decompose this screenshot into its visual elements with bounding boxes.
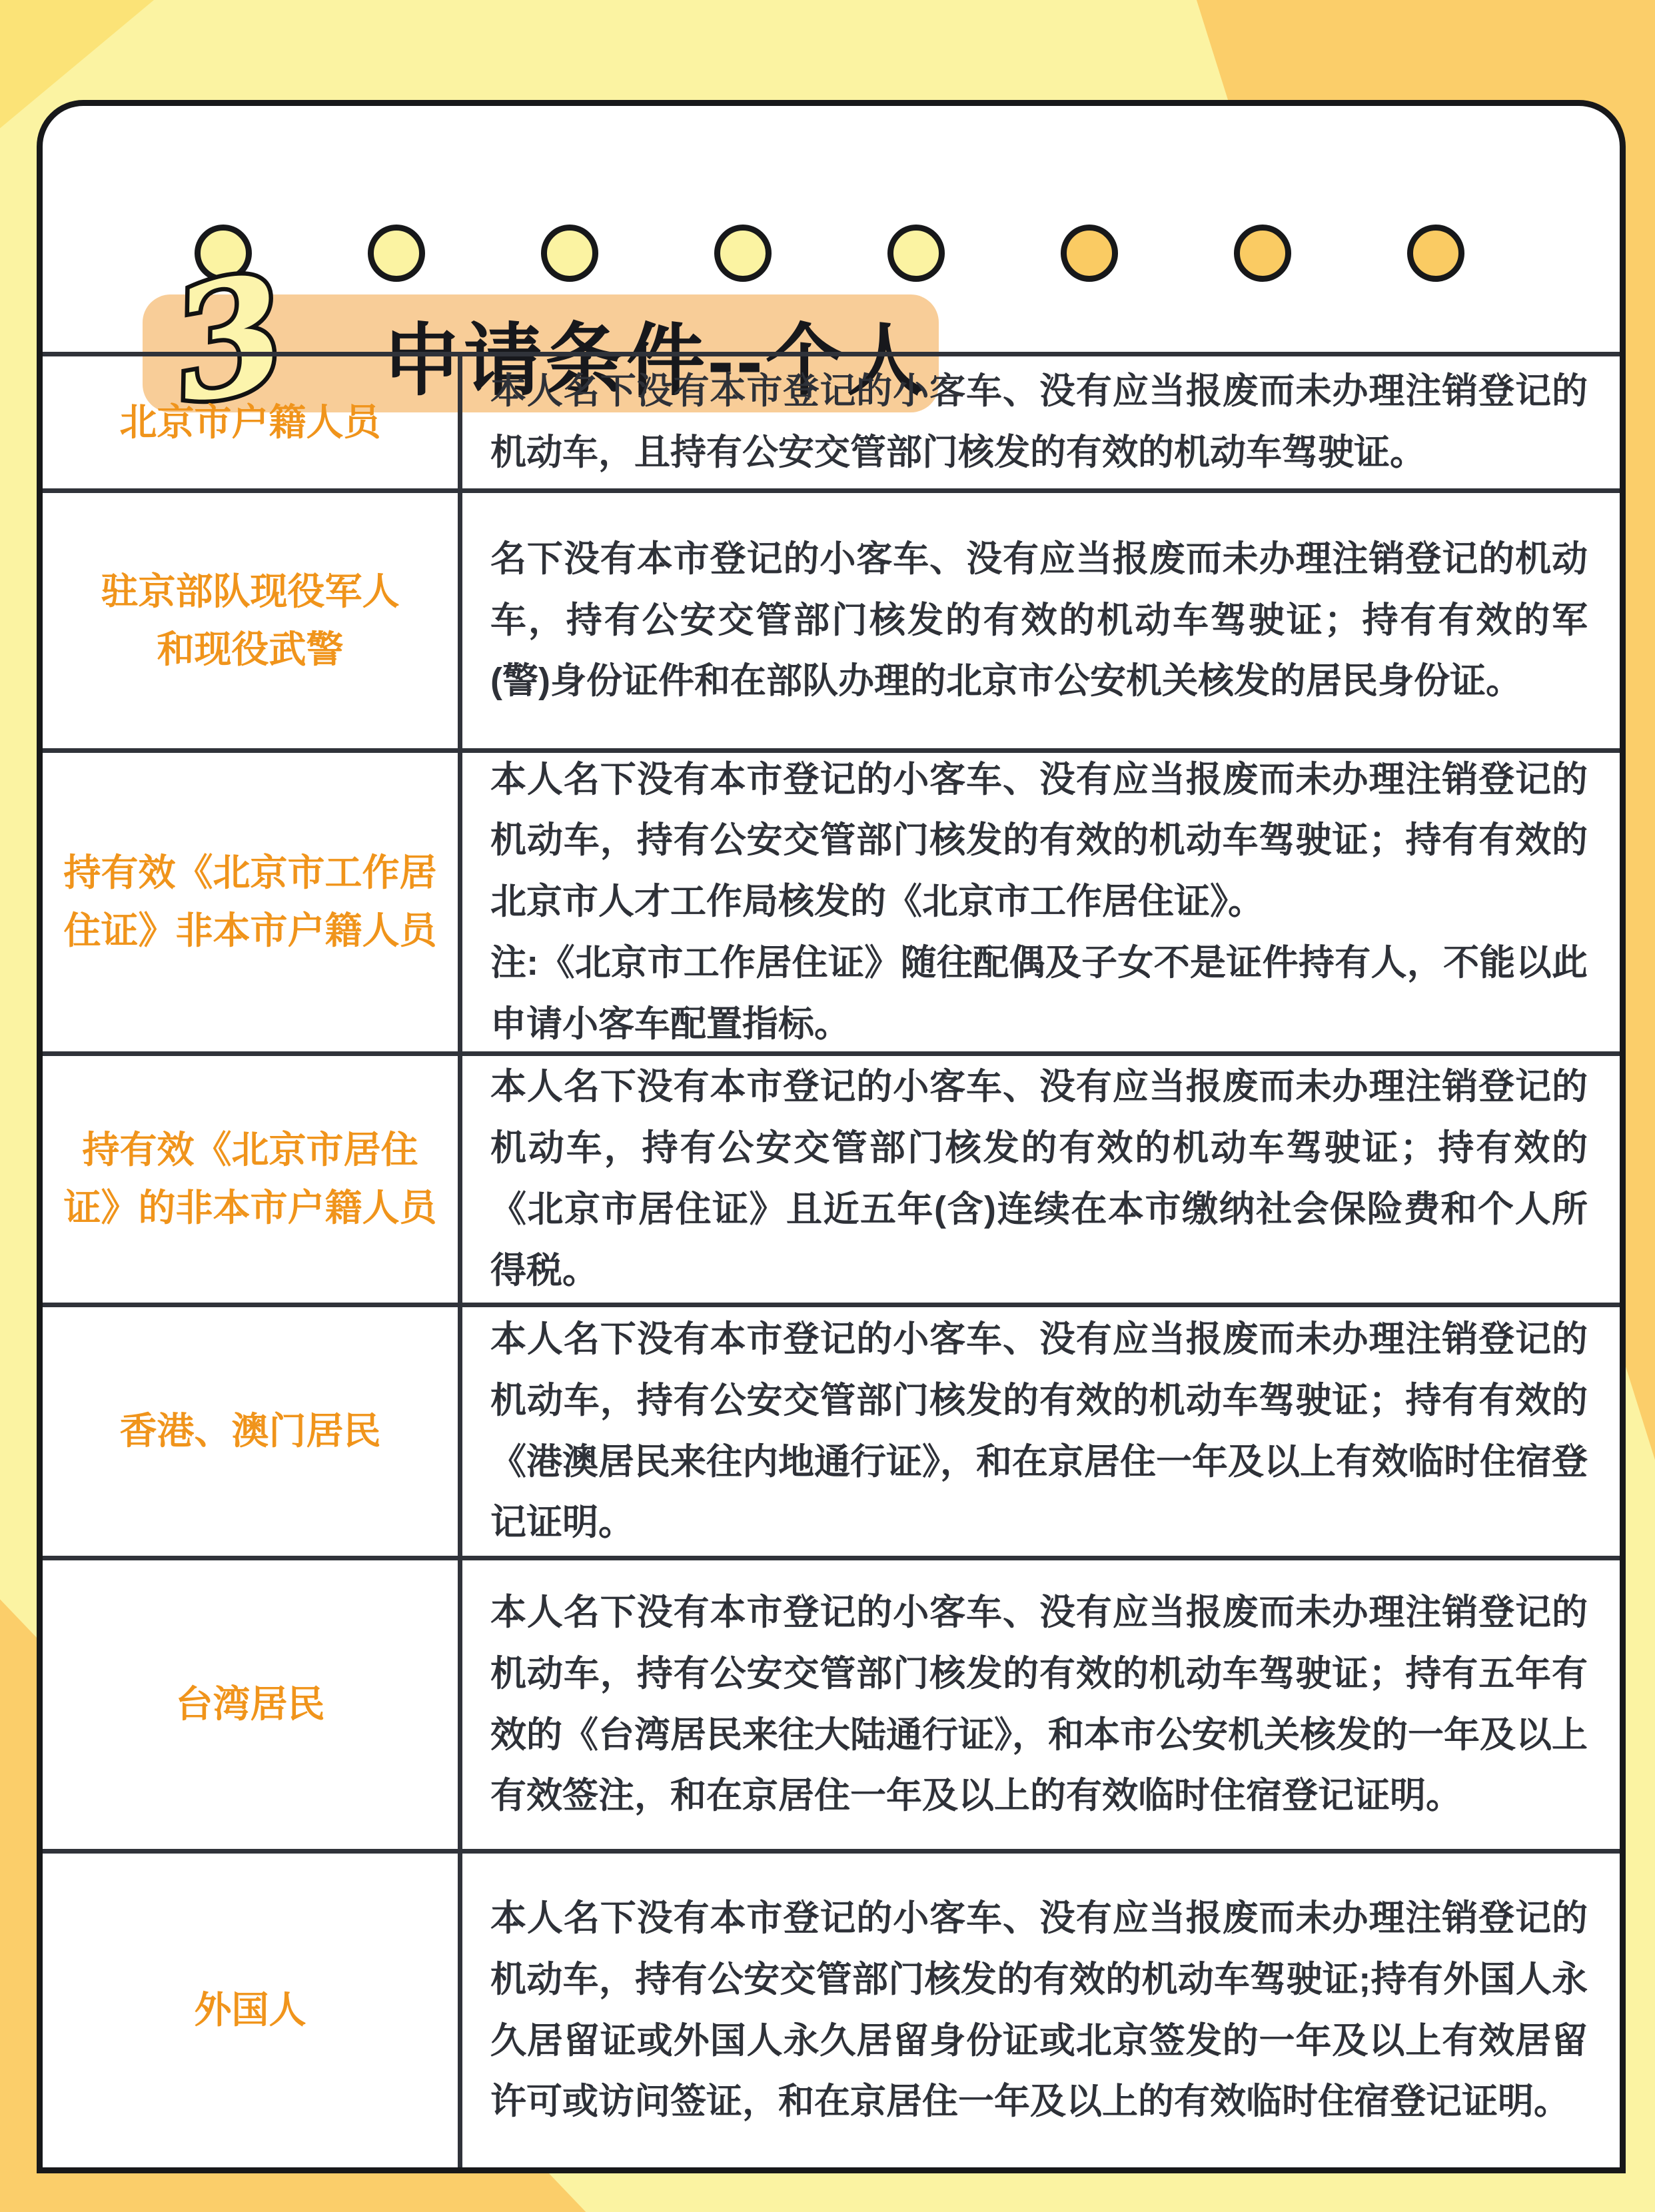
condition-text: 本人名下没有本市登记的小客车、没有应当报废而未办理注销登记的机动车，持有公安交管… (490, 1888, 1588, 2133)
condition-cell: 本人名下没有本市登记的小客车、没有应当报废而未办理注销登记的机动车，持有公安交管… (462, 1560, 1620, 1849)
condition-text: 本人名下没有本市登记的小客车、没有应当报废而未办理注销登记的机动车，持有公安交管… (490, 1057, 1588, 1301)
table-row: 香港、澳门居民 本人名下没有本市登记的小客车、没有应当报废而未办理注销登记的机动… (43, 1307, 1620, 1560)
applicant-type-label: 驻京部队现役军人 和现役武警 (43, 493, 462, 748)
binder-hole-icon (1234, 225, 1291, 282)
applicant-type-label: 持有效《北京市工作居 住证》非本市户籍人员 (43, 753, 462, 1051)
condition-cell: 本人名下没有本市登记的小客车、没有应当报废而未办理注销登记的机动车，持有公安交管… (462, 753, 1620, 1051)
binder-hole-icon (541, 225, 598, 282)
condition-cell: 名下没有本市登记的小客车、没有应当报废而未办理注销登记的机动车，持有公安交管部门… (462, 493, 1620, 748)
applicant-type-label: 外国人 (43, 1854, 462, 2167)
condition-cell: 本人名下没有本市登记的小客车、没有应当报废而未办理注销登记的机动车，且持有公安交… (462, 356, 1620, 488)
binder-hole-icon (1407, 225, 1464, 282)
applicant-type-label: 北京市户籍人员 (43, 356, 462, 488)
applicant-type-label: 香港、澳门居民 (43, 1307, 462, 1556)
conditions-table: 北京市户籍人员 本人名下没有本市登记的小客车、没有应当报废而未办理注销登记的机动… (43, 352, 1620, 2167)
table-row: 持有效《北京市居住 证》的非本市户籍人员 本人名下没有本市登记的小客车、没有应当… (43, 1056, 1620, 1307)
condition-text: 本人名下没有本市登记的小客车、没有应当报废而未办理注销登记的机动车，且持有公安交… (490, 361, 1588, 484)
table-row: 驻京部队现役军人 和现役武警 名下没有本市登记的小客车、没有应当报废而未办理注销… (43, 493, 1620, 753)
table-row: 持有效《北京市工作居 住证》非本市户籍人员 本人名下没有本市登记的小客车、没有应… (43, 753, 1620, 1056)
poster-page: 申请条件--个人 3 北京市户籍人员 本人名下没有本市登记的小客车、没有应当报废… (0, 0, 1655, 2212)
condition-text: 本人名下没有本市登记的小客车、没有应当报废而未办理注销登记的机动车，持有公安交管… (490, 1582, 1588, 1827)
applicant-type-label: 持有效《北京市居住 证》的非本市户籍人员 (43, 1056, 462, 1303)
binder-hole-icon (887, 225, 945, 282)
notebook-card: 申请条件--个人 3 北京市户籍人员 本人名下没有本市登记的小客车、没有应当报废… (37, 100, 1626, 2173)
table-row: 北京市户籍人员 本人名下没有本市登记的小客车、没有应当报废而未办理注销登记的机动… (43, 356, 1620, 493)
condition-cell: 本人名下没有本市登记的小客车、没有应当报废而未办理注销登记的机动车，持有公安交管… (462, 1056, 1620, 1303)
condition-text: 本人名下没有本市登记的小客车、没有应当报废而未办理注销登记的机动车，持有公安交管… (490, 1309, 1588, 1554)
binder-hole-icon (714, 225, 772, 282)
binder-hole-icon (1061, 225, 1118, 282)
table-row: 外国人 本人名下没有本市登记的小客车、没有应当报废而未办理注销登记的机动车，持有… (43, 1854, 1620, 2167)
condition-text: 名下没有本市登记的小客车、没有应当报废而未办理注销登记的机动车，持有公安交管部门… (490, 529, 1588, 712)
table-row: 台湾居民 本人名下没有本市登记的小客车、没有应当报废而未办理注销登记的机动车，持… (43, 1560, 1620, 1854)
condition-cell: 本人名下没有本市登记的小客车、没有应当报废而未办理注销登记的机动车，持有公安交管… (462, 1307, 1620, 1556)
binder-hole-icon (368, 225, 425, 282)
applicant-type-label: 台湾居民 (43, 1560, 462, 1849)
condition-text: 本人名下没有本市登记的小客车、没有应当报废而未办理注销登记的机动车，持有公安交管… (490, 750, 1588, 1055)
condition-cell: 本人名下没有本市登记的小客车、没有应当报废而未办理注销登记的机动车，持有公安交管… (462, 1854, 1620, 2167)
